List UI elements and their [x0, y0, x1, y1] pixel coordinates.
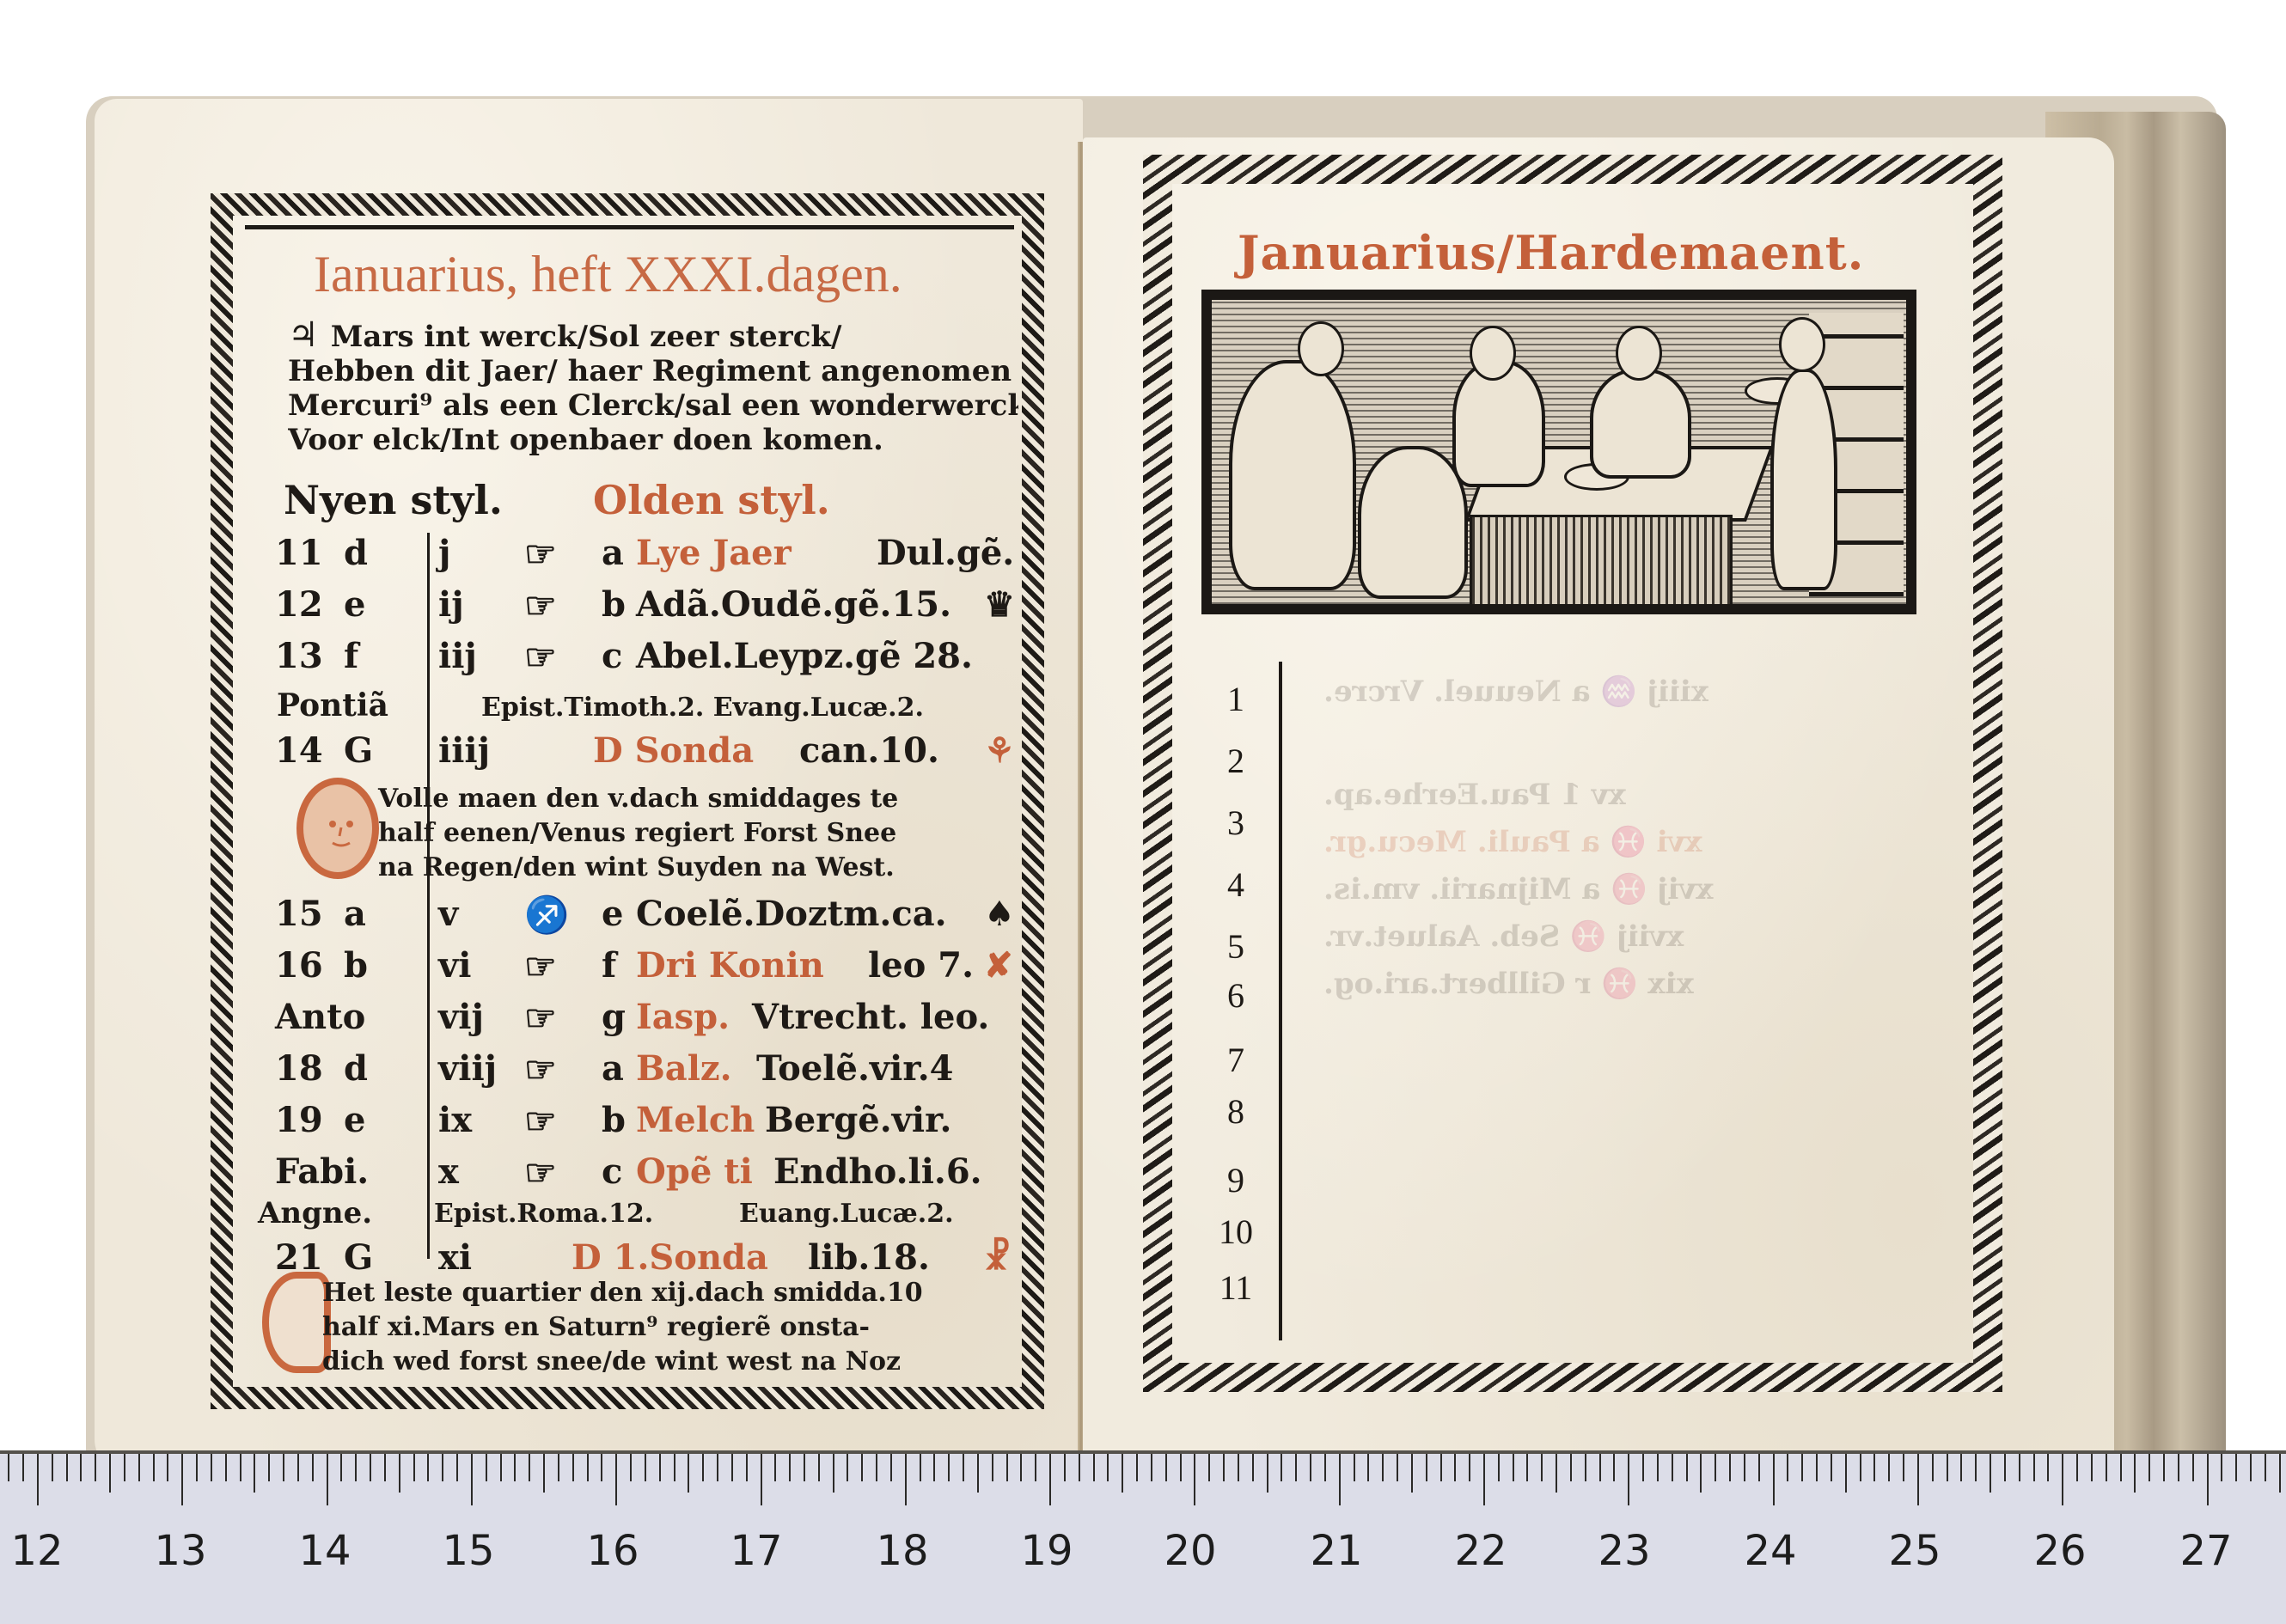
ruler-tick	[731, 1454, 733, 1481]
ruler-tick	[1860, 1454, 1861, 1481]
old-style-day: ix	[438, 1100, 472, 1140]
feast-detail: Abel.Leypz.gẽ 28.	[636, 636, 973, 676]
ruler-tick	[789, 1454, 791, 1481]
ruler-tick	[1281, 1454, 1282, 1481]
ruler-tick	[1339, 1454, 1341, 1505]
ruler-label: 20	[1164, 1527, 1216, 1575]
old-style-day: vi	[438, 945, 471, 986]
ruler-tick	[486, 1454, 487, 1481]
ruler-tick	[1238, 1454, 1239, 1481]
old-style-day: v	[438, 894, 458, 934]
ruler-tick	[427, 1454, 429, 1481]
ruler-tick	[1816, 1454, 1818, 1481]
ruler-tick	[240, 1454, 241, 1481]
ruler-tick	[1585, 1454, 1586, 1481]
ruler-tick	[1758, 1454, 1760, 1481]
ruler-tick	[1079, 1454, 1080, 1481]
moon-note-line: Het leste quartier den xij.dach smidda.1…	[322, 1276, 923, 1310]
epistle-reading: Epist.Roma.12.	[434, 1199, 653, 1229]
ruler-label: 13	[154, 1527, 206, 1575]
day-number: 10	[1201, 1212, 1270, 1252]
old-style-day: viij	[438, 1048, 497, 1089]
planet-symbol-icon: ♃	[288, 318, 331, 354]
ruler-tick	[1223, 1454, 1225, 1481]
ruler-tick	[2207, 1454, 2209, 1505]
moon-note-line: half eenen/Venus regiert Forst Snee	[378, 816, 898, 851]
ruler-tick	[761, 1454, 762, 1505]
old-style-day: iiij	[438, 730, 490, 771]
ruler-tick	[1122, 1454, 1123, 1493]
dominical-letter: f	[344, 636, 358, 676]
ruler-tick	[992, 1454, 993, 1481]
ruler-tick	[2279, 1454, 2281, 1493]
pointing-hand-icon: ☞	[524, 1151, 557, 1194]
ruler-tick	[2192, 1454, 2194, 1481]
ruler-tick	[1483, 1454, 1485, 1505]
zodiac-mark: ♠	[984, 894, 1015, 934]
ruler-label: 19	[1020, 1527, 1073, 1575]
day-letter: c	[602, 636, 622, 676]
old-style-day: vij	[438, 997, 484, 1037]
ruler-tick	[890, 1454, 892, 1481]
new-style-day: 18	[275, 1048, 327, 1089]
ruler-tick	[1642, 1454, 1644, 1481]
ruler-tick	[615, 1454, 617, 1505]
dominical-letter: e	[344, 1100, 365, 1140]
new-style-day: 16	[275, 945, 327, 986]
ruler-tick	[1411, 1454, 1413, 1493]
ruler-tick	[124, 1454, 125, 1481]
sunday-detail: can.10.	[799, 730, 939, 771]
left-top-rule	[245, 225, 1014, 229]
ruler-tick	[1180, 1454, 1182, 1481]
woodcut-seated-figure	[1358, 446, 1468, 599]
centimetre-ruler: 12 13 14 15 16 17 18 19 20 21 22 23 24 2…	[0, 1450, 2286, 1624]
ruler-tick	[22, 1454, 24, 1481]
ruler-tick	[833, 1454, 834, 1493]
moon-note-line: Volle maen den v.dach smiddages te	[378, 782, 898, 816]
ruler-tick	[442, 1454, 443, 1481]
moon-note-line: na Regen/den wint Suyden na West.	[378, 851, 898, 885]
ruler-tick	[1136, 1454, 1138, 1481]
ruler-tick	[2221, 1454, 2222, 1481]
day-number: 11	[1201, 1267, 1270, 1308]
ruler-tick	[399, 1454, 400, 1493]
ruler-tick	[543, 1454, 545, 1493]
ruler-tick	[153, 1454, 155, 1481]
feast-name-red: Melch	[636, 1100, 755, 1140]
woodcut-head	[1298, 321, 1344, 376]
right-page-title: Januarius/Hardemaent.	[1238, 225, 1864, 280]
ruler-tick	[905, 1454, 907, 1505]
ruler-tick	[1845, 1454, 1847, 1493]
ruler-tick	[327, 1454, 328, 1505]
new-style-day: 15	[275, 894, 327, 934]
ruler-tick	[977, 1454, 979, 1493]
moon-note-line: half xi.Mars en Saturn⁹ regierẽ onsta-	[322, 1310, 923, 1345]
sunday-label: D 1.Sonda	[571, 1237, 768, 1278]
day-number: 6	[1201, 975, 1270, 1016]
ruler-tick	[2019, 1454, 2020, 1481]
pointing-hand-icon: ☞	[524, 997, 557, 1039]
ruler-tick	[702, 1454, 704, 1481]
column-divider	[427, 533, 430, 1259]
verse-line: Mercuri⁹ als een Clerck/sal een wonderwe…	[288, 388, 1018, 423]
ruler-tick	[1498, 1454, 1500, 1481]
ruler-tick	[167, 1454, 168, 1481]
ruler-tick	[847, 1454, 848, 1481]
pontian-label: Pontiã	[277, 687, 388, 723]
dominical-letter: a	[344, 894, 366, 934]
day-number: 1	[1201, 679, 1270, 719]
ruler-tick	[1541, 1454, 1543, 1481]
day-number: 3	[1201, 803, 1270, 843]
ruler-tick	[1397, 1454, 1398, 1481]
dominical-letter: d	[344, 533, 368, 573]
ruler-tick	[1035, 1454, 1036, 1481]
ruler-tick	[514, 1454, 516, 1481]
ruler-tick	[1151, 1454, 1152, 1481]
new-style-day: 19	[275, 1100, 327, 1140]
ruler-label: 25	[1888, 1527, 1941, 1575]
ruler-tick	[384, 1454, 386, 1481]
new-style-header: Nyen styl.	[284, 477, 503, 523]
sunday-label: D Sonda	[593, 730, 754, 771]
ruler-tick	[2250, 1454, 2252, 1481]
gospel-reading: Euang.Lucæ.2.	[739, 1199, 954, 1229]
ruler-tick	[1426, 1454, 1427, 1481]
feast-detail: leo 7.	[868, 945, 974, 986]
ruler-tick	[355, 1454, 357, 1481]
ruler-tick	[717, 1454, 718, 1481]
ruler-tick	[138, 1454, 140, 1481]
feast-detail: Bergẽ.vir.	[765, 1100, 951, 1140]
ruler-tick	[1454, 1454, 1456, 1481]
ruler-tick	[1252, 1454, 1254, 1481]
ruler-tick	[1903, 1454, 1904, 1481]
verse-line: Mars int werck/Sol zeer sterck/	[331, 320, 842, 354]
feast-name-red: Balz.	[636, 1048, 732, 1089]
moon-note: Het leste quartier den xij.dach smidda.1…	[322, 1276, 923, 1379]
day-number: 9	[1201, 1160, 1270, 1200]
ruler-label: 23	[1598, 1527, 1650, 1575]
day-letter: b	[602, 1100, 626, 1140]
ruler-tick	[2076, 1454, 2078, 1481]
feast-detail: Dul.gẽ.	[877, 533, 1014, 573]
dominical-letter: e	[344, 584, 365, 625]
day-letter: a	[602, 1048, 624, 1089]
ruler-label: 26	[2033, 1527, 2086, 1575]
day-number: 4	[1201, 864, 1270, 905]
ruler-tick	[196, 1454, 198, 1481]
ruler-tick	[630, 1454, 632, 1481]
ruler-tick	[1194, 1454, 1195, 1505]
ruler-tick	[804, 1454, 805, 1481]
ruler-tick	[1295, 1454, 1297, 1481]
ruler-tick	[1165, 1454, 1167, 1481]
woodcut-head	[1616, 326, 1662, 381]
ruler-tick	[688, 1454, 689, 1493]
verse-line: Voor elck/Int openbaer doen komen.	[288, 423, 1018, 457]
left-page-title: Ianuarius, heft XXXI.dagen.	[314, 245, 902, 304]
ruler-label: 12	[10, 1527, 63, 1575]
ruler-tick	[1382, 1454, 1384, 1481]
ruler-tick	[80, 1454, 82, 1481]
moon-note-line: dich wed forst snee/de wint west na Noz	[322, 1345, 923, 1379]
ruler-tick	[645, 1454, 646, 1481]
pointing-hand-icon: ☞	[524, 1100, 557, 1142]
woodcut-head	[1470, 326, 1516, 381]
ruler-tick	[1107, 1454, 1109, 1481]
ruler-tick	[1628, 1454, 1629, 1505]
ruler-tick	[1049, 1454, 1051, 1505]
ruler-tick	[1657, 1454, 1659, 1481]
ruler-tick	[1570, 1454, 1572, 1481]
zodiac-mark: ♛	[984, 584, 1015, 625]
ruler-tick	[37, 1454, 39, 1505]
old-style-day: ij	[438, 584, 464, 625]
ruler-tick	[66, 1454, 68, 1481]
ruler-tick	[1208, 1454, 1210, 1481]
ruler-label: 15	[442, 1527, 494, 1575]
ruler-tick	[471, 1454, 473, 1505]
pointing-hand-icon: ☞	[524, 584, 557, 626]
ruler-tick	[1613, 1454, 1615, 1481]
ruler-tick	[1310, 1454, 1311, 1481]
ruler-tick	[95, 1454, 96, 1481]
ruler-tick	[674, 1454, 675, 1481]
woodcut-illustration	[1201, 290, 1916, 614]
woodcut-figure-left	[1229, 360, 1356, 590]
woodcut-servant	[1770, 369, 1837, 590]
feast-detail: Coelẽ.Doztm.ca.	[636, 894, 947, 934]
ruler-tick	[1888, 1454, 1890, 1481]
ruler-tick	[2163, 1454, 2165, 1481]
new-style-day: 12	[275, 584, 327, 625]
ruler-tick	[2033, 1454, 2035, 1481]
ruler-tick	[1526, 1454, 1528, 1481]
day-letter: c	[602, 1151, 622, 1192]
ruler-tick	[1873, 1454, 1875, 1481]
ruler-tick	[1787, 1454, 1788, 1481]
dominical-letter: G	[344, 730, 373, 771]
ruler-tick	[52, 1454, 53, 1481]
pointing-hand-icon: ☞	[524, 1048, 557, 1090]
ruler-tick	[2134, 1454, 2136, 1493]
ruler-tick	[340, 1454, 342, 1481]
ruler-tick	[2004, 1454, 2006, 1481]
new-style-day: Fabi.	[275, 1151, 327, 1192]
ruler-tick	[1686, 1454, 1688, 1481]
ruler-tick	[2091, 1454, 2093, 1481]
ruler-tick	[1744, 1454, 1745, 1481]
full-moon-icon	[296, 778, 379, 879]
verse-line: Hebben dit Jaer/ haer Regiment angenomen	[288, 354, 1018, 388]
ruler-tick	[659, 1454, 661, 1481]
ruler-tick	[1975, 1454, 1977, 1481]
ruler-tick	[861, 1454, 863, 1481]
ruler-tick	[1917, 1454, 1919, 1505]
day-letter: f	[602, 945, 616, 986]
ruler-tick	[587, 1454, 589, 1481]
ruler-tick	[1960, 1454, 1962, 1481]
ruler-tick	[312, 1454, 314, 1481]
ruler-tick	[1831, 1454, 1832, 1481]
day-letter: a	[602, 533, 624, 573]
ruler-tick	[2047, 1454, 2049, 1481]
ruler-tick	[1267, 1454, 1268, 1493]
ruler-tick	[211, 1454, 212, 1481]
ruler-tick	[1093, 1454, 1095, 1481]
ruler-tick	[109, 1454, 111, 1493]
ruler-tick	[601, 1454, 602, 1481]
verse-block: ♃ Mars int werck/Sol zeer sterck/ Hebben…	[288, 318, 1018, 457]
moon-note: Volle maen den v.dach smiddages te half …	[378, 782, 898, 885]
feast-detail: Endho.li.6.	[773, 1151, 982, 1192]
ruler-tick	[1469, 1454, 1470, 1481]
ruler-tick	[500, 1454, 502, 1481]
ruler-tick	[1006, 1454, 1008, 1481]
ruler-tick	[1714, 1454, 1716, 1481]
ruler-tick	[8, 1454, 9, 1481]
ruler-tick	[1672, 1454, 1673, 1481]
ruler-tick	[529, 1454, 530, 1481]
ruler-tick	[1440, 1454, 1442, 1481]
ruler-tick	[1599, 1454, 1601, 1481]
ruler-tick	[948, 1454, 950, 1481]
ruler-tick	[181, 1454, 183, 1505]
new-style-day: 14	[275, 730, 327, 771]
feast-name-red: Dri Konin	[636, 945, 824, 986]
ruler-tick	[225, 1454, 227, 1481]
sunday-detail: lib.18.	[808, 1237, 930, 1278]
old-style-header: Olden styl.	[593, 477, 830, 523]
ruler-tick	[572, 1454, 574, 1481]
last-quarter-moon-icon	[262, 1272, 331, 1373]
ruler-tick	[558, 1454, 559, 1481]
agnes-label: Angne.	[258, 1196, 372, 1230]
dominical-letter: G	[344, 1237, 373, 1278]
ruler-tick	[1064, 1454, 1066, 1481]
ruler-tick	[297, 1454, 299, 1481]
ruler-label: 21	[1310, 1527, 1362, 1575]
dominical-letter: b	[344, 945, 368, 986]
ruler-tick	[1367, 1454, 1369, 1481]
new-style-day: 11	[275, 533, 327, 573]
ruler-tick	[2148, 1454, 2150, 1481]
ruler-tick	[2120, 1454, 2122, 1481]
pointing-hand-icon: ☞	[524, 945, 557, 987]
ruler-tick	[370, 1454, 371, 1481]
ruler-tick	[1801, 1454, 1803, 1481]
ruler-tick	[1513, 1454, 1514, 1481]
ruler-tick	[1700, 1454, 1702, 1493]
ruler-tick	[933, 1454, 935, 1481]
day-letter: e	[602, 894, 623, 934]
new-style-day: 13	[275, 636, 327, 676]
ruler-tick	[818, 1454, 820, 1481]
ruler-tick	[746, 1454, 748, 1481]
ruler-tick	[1773, 1454, 1775, 1505]
day-number: 5	[1201, 926, 1270, 967]
ruler-label: 24	[1744, 1527, 1796, 1575]
new-style-day: Anto	[275, 997, 327, 1037]
zodiac-mark: ⚘	[984, 730, 1015, 771]
epistle-reading: Epist.Timoth.2. Evang.Lucæ.2.	[481, 693, 924, 723]
feast-detail: Toelẽ.vir.4	[756, 1048, 953, 1089]
sagittarius-sign-icon: ♐	[524, 894, 569, 937]
old-style-day: x	[438, 1151, 459, 1192]
ruler-tick	[920, 1454, 921, 1481]
ruler-label: 22	[1454, 1527, 1507, 1575]
old-style-day: j	[438, 533, 450, 573]
ruler-tick	[2178, 1454, 2179, 1481]
ruler-tick	[2235, 1454, 2237, 1481]
ruler-tick	[774, 1454, 776, 1481]
ruler-tick	[413, 1454, 415, 1481]
day-number: 8	[1201, 1091, 1270, 1132]
day-letter: b	[602, 584, 626, 625]
day-letter: g	[602, 997, 626, 1037]
ruler-label: 14	[298, 1527, 351, 1575]
ruler-tick	[1729, 1454, 1731, 1481]
day-number: 7	[1201, 1040, 1270, 1080]
feast-name-red: Opẽ ti	[636, 1151, 753, 1192]
pointing-hand-icon: ☞	[524, 533, 557, 575]
ruler-tick	[963, 1454, 964, 1481]
ruler-tick	[1324, 1454, 1326, 1481]
feast-name-red: Lye Jaer	[636, 533, 792, 573]
zodiac-mark: ✘	[984, 945, 1013, 986]
ruler-tick	[1354, 1454, 1355, 1481]
ruler-tick	[876, 1454, 877, 1481]
ruler-tick	[2106, 1454, 2107, 1481]
woodcut-head	[1779, 317, 1825, 372]
ruler-tick	[254, 1454, 255, 1493]
ruler-tick	[2265, 1454, 2266, 1481]
day-number: 2	[1201, 741, 1270, 781]
dominical-letter: d	[344, 1048, 368, 1089]
ruler-tick	[1932, 1454, 1934, 1481]
ruler-tick	[268, 1454, 270, 1481]
feast-detail: Adã.Oudẽ.gẽ.15.	[636, 584, 951, 625]
ruler-label: 16	[586, 1527, 639, 1575]
ruler-tick	[2062, 1454, 2063, 1505]
zodiac-mark: ☧	[984, 1237, 1011, 1278]
ruler-label: 27	[2179, 1527, 2232, 1575]
ruler-label: 18	[876, 1527, 928, 1575]
pointing-hand-icon: ☞	[524, 636, 557, 678]
ruler-label: 17	[730, 1527, 782, 1575]
woodcut-figure-old-man	[1590, 369, 1691, 479]
feast-name-red: Iasp.	[636, 997, 730, 1037]
feast-detail: Vtrecht. leo.	[752, 997, 989, 1037]
ruler-tick	[1020, 1454, 1022, 1481]
old-style-day: iij	[438, 636, 477, 676]
ruler-tick	[1947, 1454, 1948, 1481]
woodcut-tablecloth	[1470, 515, 1733, 614]
old-style-day: xi	[438, 1237, 472, 1278]
ruler-tick	[1556, 1454, 1557, 1493]
ruler-tick	[1990, 1454, 1991, 1493]
day-column-rule	[1279, 662, 1282, 1340]
ruler-tick	[456, 1454, 458, 1481]
ruler-tick	[283, 1454, 284, 1481]
